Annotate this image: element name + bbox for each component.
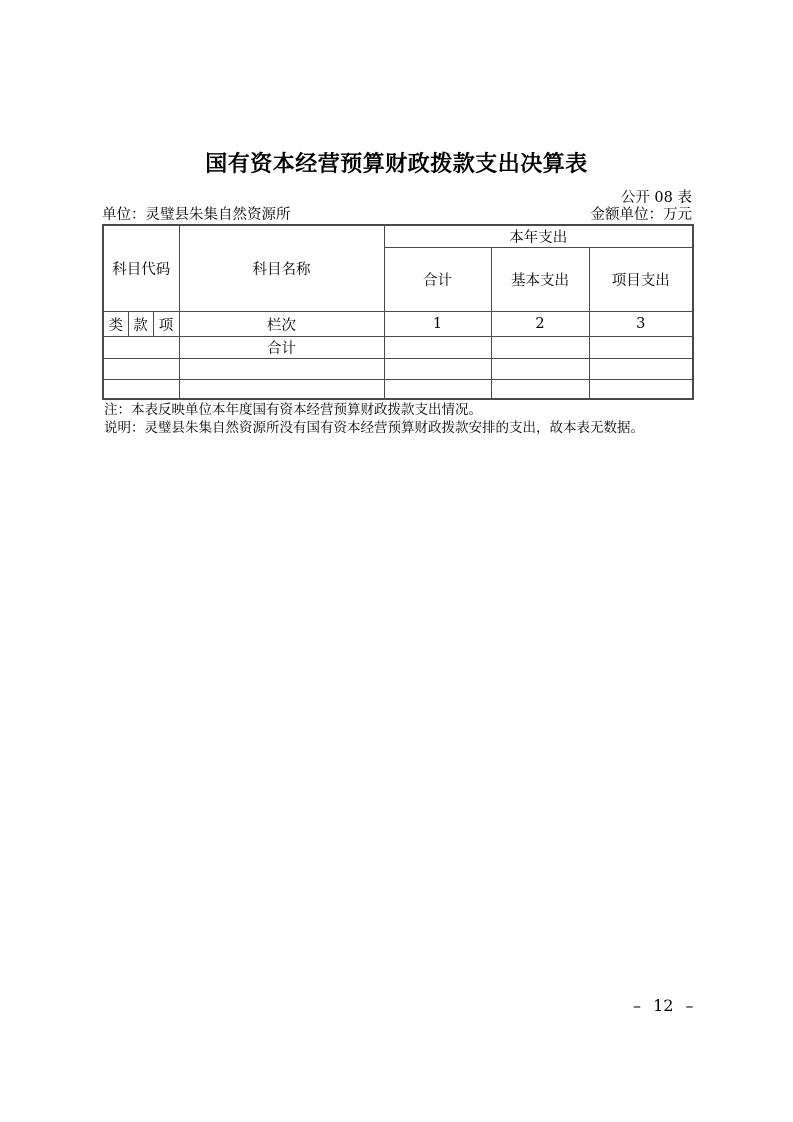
cell-total [384, 380, 491, 399]
table-row: 科目代码 科目名称 本年支出 [103, 225, 693, 248]
header-total: 合计 [384, 248, 491, 312]
page-number: – 12 – [633, 996, 694, 1015]
table-row: 合计 [103, 337, 693, 359]
header-class: 类 [103, 312, 128, 337]
cell-basic [491, 359, 589, 380]
cell-basic [491, 337, 589, 359]
cell-name [179, 380, 384, 399]
expenditure-table: 科目代码 科目名称 本年支出 合计 基本支出 项目支出 类 款 项 栏次 1 2… [102, 224, 694, 400]
cell-project [589, 380, 693, 399]
table-row: 类 款 项 栏次 1 2 3 [103, 312, 693, 337]
document-page: 国有资本经营预算财政拨款支出决算表 公开 08 表 单位：灵璧县朱集自然资源所 … [0, 0, 793, 1122]
note-line: 注：本表反映单位本年度国有资本经营预算财政拨款支出情况。 [104, 401, 704, 419]
cell-name: 合计 [179, 337, 384, 359]
table-row [103, 359, 693, 380]
table-row [103, 380, 693, 399]
unit-label: 单位：灵璧县朱集自然资源所 [102, 203, 291, 224]
header-basic-expenditure: 基本支出 [491, 248, 589, 312]
cell-code [103, 359, 179, 380]
column-number-2: 2 [491, 312, 589, 337]
cell-project [589, 359, 693, 380]
cell-code [103, 337, 179, 359]
page-title: 国有资本经营预算财政拨款支出决算表 [0, 147, 793, 178]
unit-info-row: 单位：灵璧县朱集自然资源所 金额单位：万元 [102, 203, 692, 224]
cell-project [589, 337, 693, 359]
explanation-line: 说明：灵璧县朱集自然资源所没有国有资本经营预算财政拨款安排的支出，故本表无数据。 [104, 419, 704, 437]
header-current-year-expenditure: 本年支出 [384, 225, 693, 248]
cell-code [103, 380, 179, 399]
header-column-label: 栏次 [179, 312, 384, 337]
header-subject-code: 科目代码 [103, 225, 179, 312]
header-section: 款 [128, 312, 153, 337]
column-number-3: 3 [589, 312, 693, 337]
column-number-1: 1 [384, 312, 491, 337]
header-project-expenditure: 项目支出 [589, 248, 693, 312]
cell-total [384, 337, 491, 359]
header-subject-name: 科目名称 [179, 225, 384, 312]
amount-unit-label: 金额单位：万元 [591, 203, 693, 224]
cell-total [384, 359, 491, 380]
cell-basic [491, 380, 589, 399]
cell-name [179, 359, 384, 380]
header-item: 项 [153, 312, 179, 337]
table-notes: 注：本表反映单位本年度国有资本经营预算财政拨款支出情况。 说明：灵璧县朱集自然资… [104, 401, 704, 437]
